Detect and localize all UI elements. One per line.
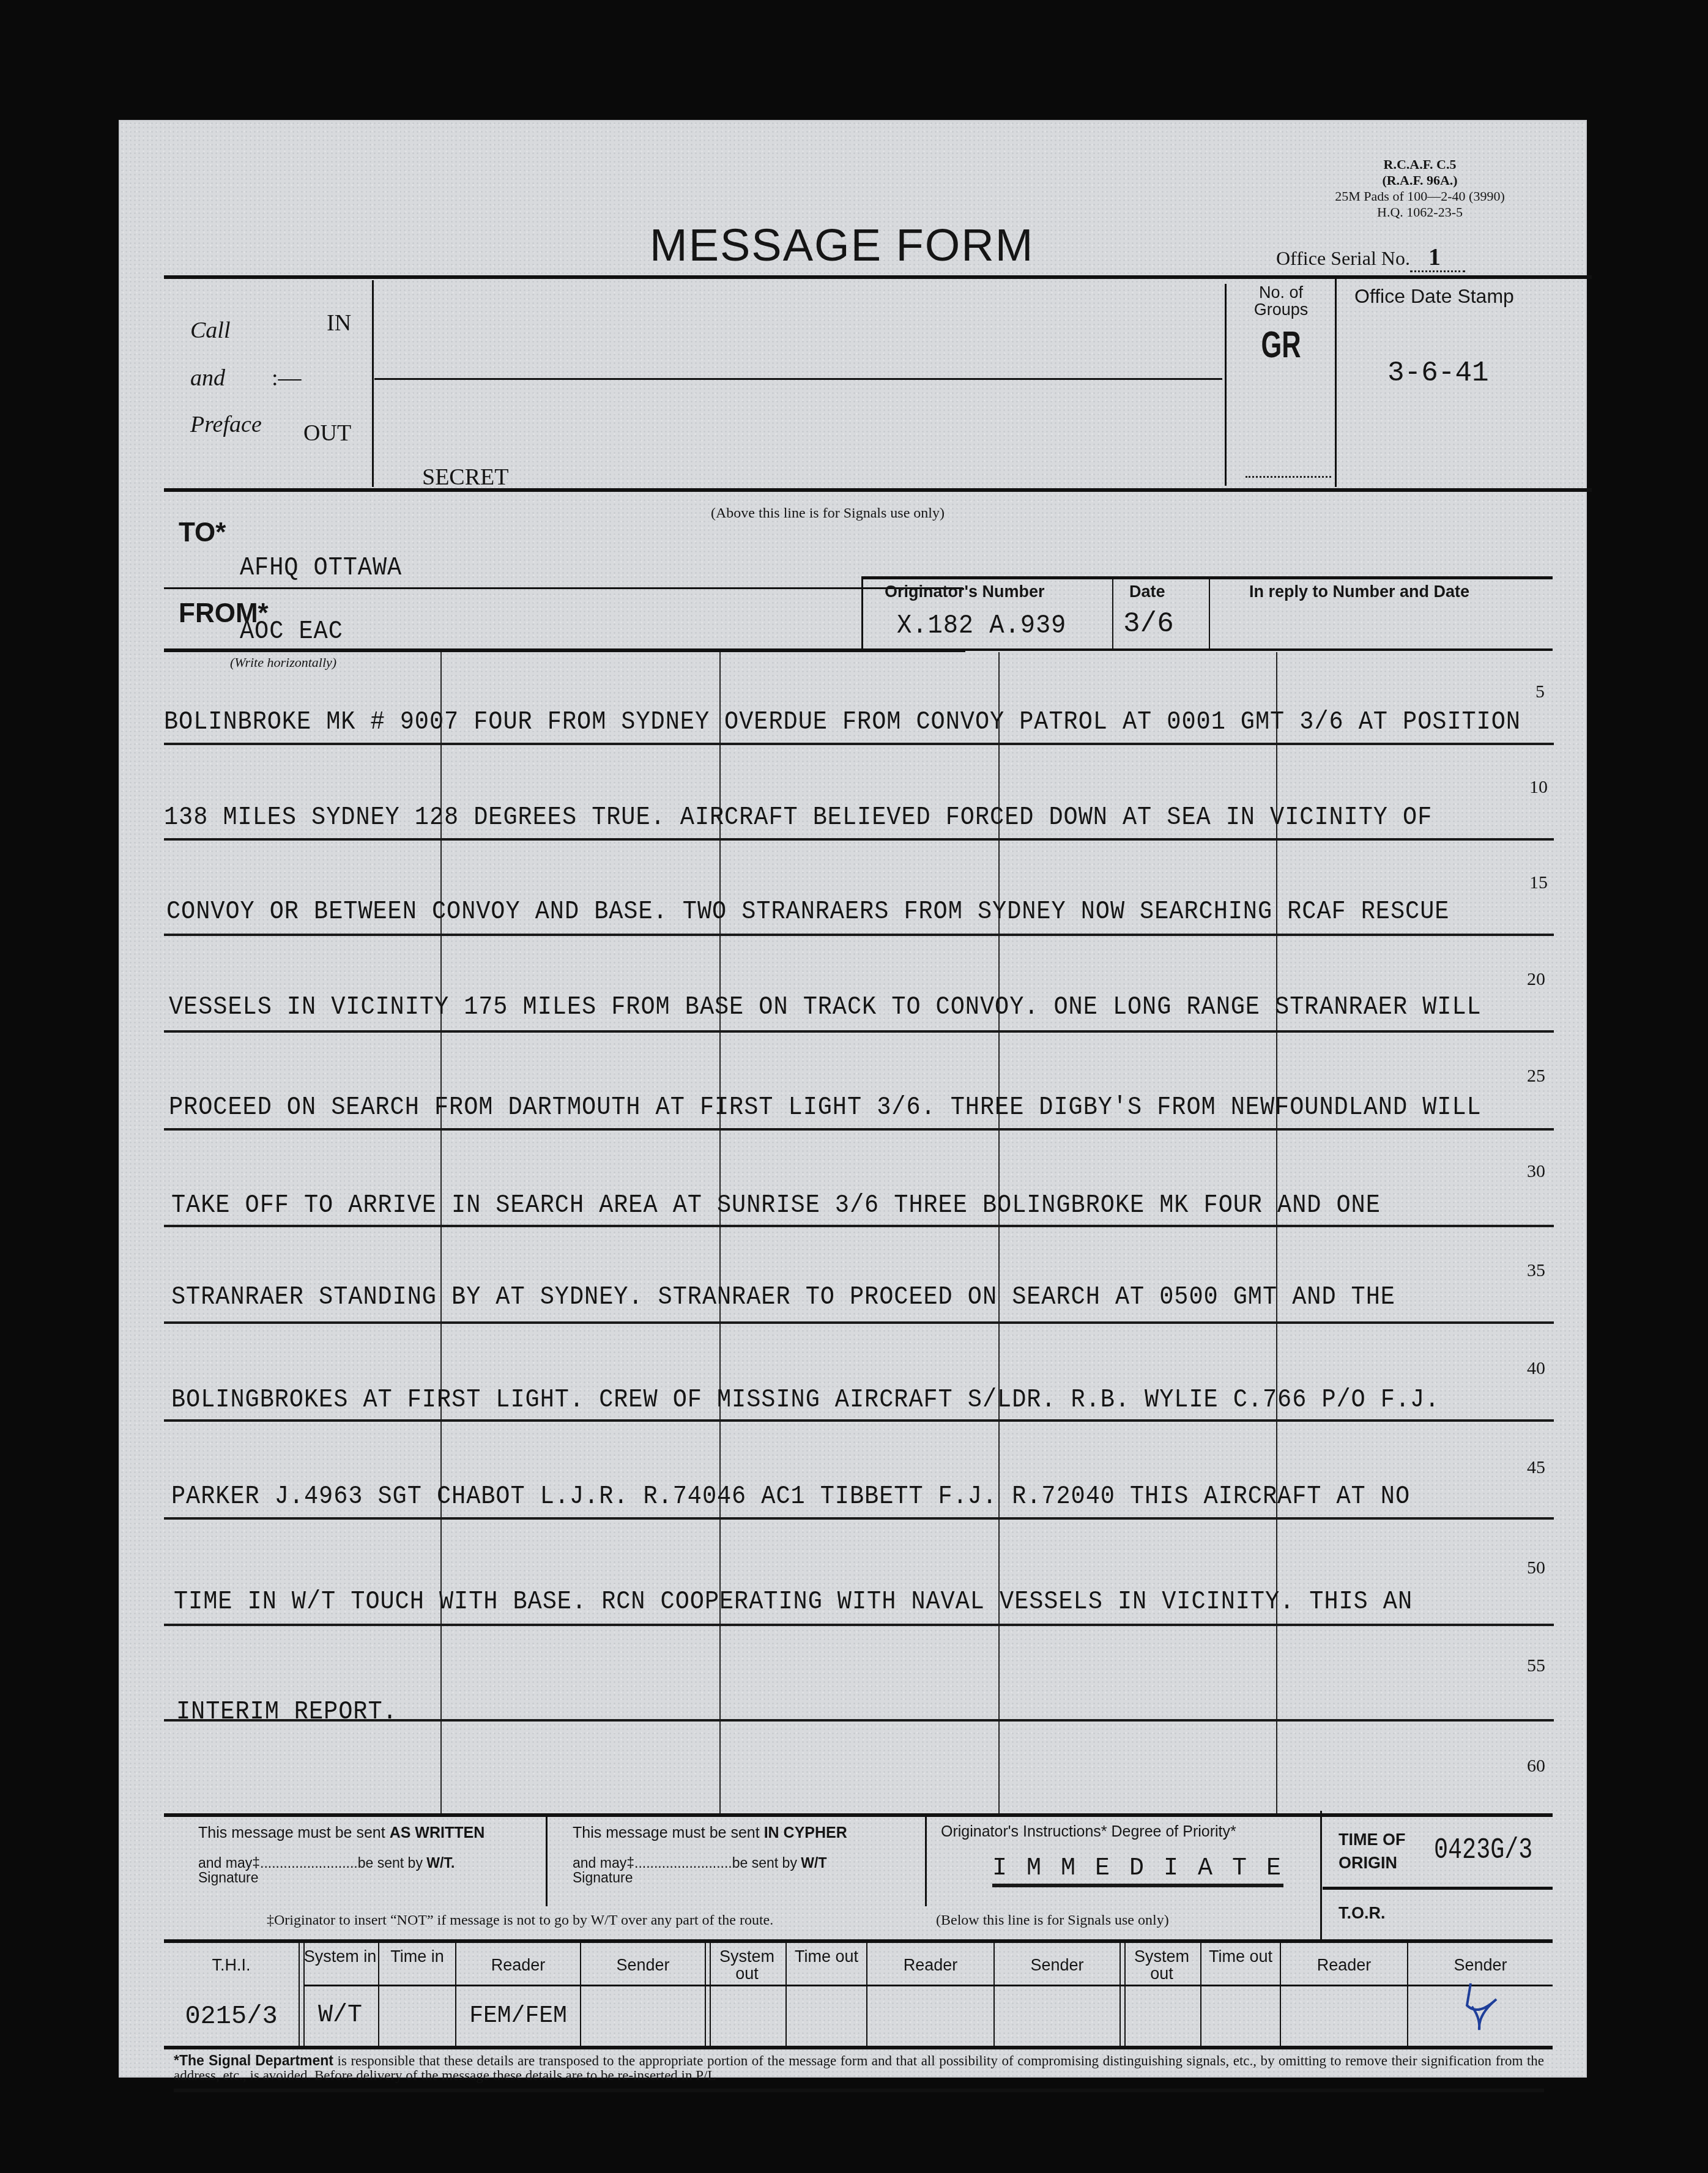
header-thi: T.H.I. <box>164 1956 299 1974</box>
message-line: BOLINBROKE MK # 9007 FOUR FROM SYDNEY OV… <box>164 707 1521 737</box>
groups-label-line: Groups <box>1227 301 1335 318</box>
line-number: 25 <box>1527 1066 1545 1086</box>
office-serial: Office Serial No.1 <box>1276 242 1465 271</box>
rule <box>164 934 1554 936</box>
header-sender: Sender <box>995 1956 1119 1974</box>
out-label: OUT <box>303 420 351 447</box>
line-number: 10 <box>1529 777 1548 798</box>
rule <box>164 488 1592 492</box>
as-written-may: and may‡.........................be sent… <box>198 1855 455 1871</box>
wt-bold: W/T. <box>426 1855 455 1871</box>
as-written-line: This message must be sent AS WRITTEN <box>198 1824 485 1842</box>
header-sender: Sender <box>581 1956 705 1974</box>
message-line: TAKE OFF TO ARRIVE IN SEARCH AREA AT SUN… <box>171 1191 1381 1220</box>
message-line: BOLINGBROKES AT FIRST LIGHT. CREW OF MIS… <box>171 1385 1439 1414</box>
line-number: 20 <box>1527 969 1545 990</box>
handwritten-initials-icon <box>1454 1981 1502 2036</box>
header-reader: Reader <box>1281 1956 1407 1974</box>
office-serial-value: 1 <box>1410 243 1465 272</box>
groups-value: GR <box>1243 323 1318 366</box>
originator-number-value: X.182 A.939 <box>897 611 1066 641</box>
form-code-line: (R.A.F. 96A.) <box>1319 173 1521 188</box>
rule <box>164 1030 1554 1033</box>
rule <box>174 2089 1544 2092</box>
tor-label: T.O.R. <box>1339 1904 1386 1923</box>
priority-value: I M M E D I A T E <box>992 1855 1283 1887</box>
message-line: CONVOY OR BETWEEN CONVOY AND BASE. TWO S… <box>166 897 1449 926</box>
time-of-origin-label-line: TIME OF <box>1339 1828 1406 1851</box>
form-code-line: 25M Pads of 100—2-40 (3990) <box>1319 188 1521 204</box>
rule <box>164 1624 1554 1626</box>
colon-dash: :— <box>272 365 302 392</box>
message-line: VESSELS IN VICINITY 175 MILES FROM BASE … <box>169 992 1482 1022</box>
may-text: and may‡.........................be sent… <box>573 1855 801 1871</box>
form-code-line: R.C.A.F. C.5 <box>1319 157 1521 173</box>
message-line: PROCEED ON SEARCH FROM DARTMOUTH AT FIRS… <box>169 1093 1482 1122</box>
write-note: (Write horizontally) <box>230 655 336 670</box>
date-label: Date <box>1129 582 1165 601</box>
rule <box>1335 279 1337 487</box>
line-number: 35 <box>1527 1260 1545 1281</box>
rule <box>1112 579 1113 648</box>
rule <box>164 1719 1554 1722</box>
line-number: 5 <box>1535 682 1545 702</box>
rule <box>1209 579 1210 648</box>
cypher-bold: IN CYPHER <box>764 1824 847 1841</box>
rule <box>164 1321 1554 1324</box>
header-reader: Reader <box>867 1956 993 1974</box>
rule <box>546 1817 548 1906</box>
rule <box>374 378 1222 380</box>
rule <box>303 1985 1553 1986</box>
rule <box>164 1225 1554 1227</box>
to-value: AFHQ OTTAWA <box>240 553 402 582</box>
line-number: 30 <box>1527 1161 1545 1182</box>
rule <box>164 1128 1554 1131</box>
and-label: and <box>190 365 225 392</box>
header-system-out: System out <box>708 1948 785 1982</box>
rule <box>925 1817 927 1906</box>
footer-text: is responsible that these details are tr… <box>174 2053 1544 2083</box>
header-reader: Reader <box>456 1956 580 1974</box>
form-code-block: R.C.A.F. C.5 (R.A.F. 96A.) 25M Pads of 1… <box>1319 157 1521 220</box>
rule <box>863 576 1553 579</box>
line-number: 60 <box>1527 1756 1545 1777</box>
rule <box>863 648 1553 651</box>
from-value: AOC EAC <box>240 617 343 646</box>
preface-label: Preface <box>190 411 262 438</box>
rule <box>164 1517 1554 1520</box>
footnote-not: ‡Originator to insert “NOT” if message i… <box>267 1912 773 1929</box>
call-label: Call <box>190 317 230 344</box>
time-of-origin-value: 0423G/3 <box>1434 1834 1532 1867</box>
page-title: MESSAGE FORM <box>650 219 1034 271</box>
rule <box>164 838 1554 841</box>
cell-thi: 0215/3 <box>164 2002 299 2031</box>
cypher-text: This message must be sent <box>573 1824 764 1841</box>
message-line: 138 MILES SYDNEY 128 DEGREES TRUE. AIRCR… <box>164 803 1432 832</box>
wt-bold: W/T <box>801 1855 826 1871</box>
header-sender: Sender <box>1408 1956 1553 1974</box>
header-system-in: System in <box>302 1948 378 1965</box>
line-number: 40 <box>1527 1358 1545 1379</box>
rule <box>861 576 863 651</box>
form-code-line: H.Q. 1062-23-5 <box>1319 204 1521 220</box>
rule <box>164 587 963 589</box>
line-number: 15 <box>1529 872 1548 893</box>
to-label: TO* <box>179 518 226 548</box>
message-line: INTERIM REPORT. <box>176 1697 398 1726</box>
time-of-origin-label: TIME OF ORIGIN <box>1339 1828 1406 1874</box>
message-line: STRANRAER STANDING BY AT SYDNEY. STRANRA… <box>171 1282 1395 1312</box>
rule <box>164 648 965 652</box>
groups-label: No. of Groups <box>1227 284 1335 318</box>
in-label: IN <box>327 310 351 336</box>
line-number: 55 <box>1527 1655 1545 1676</box>
cypher-may: and may‡.........................be sent… <box>573 1855 826 1871</box>
groups-dotted-line <box>1246 476 1331 478</box>
rule <box>164 1939 1553 1943</box>
rule <box>164 2046 1553 2049</box>
rule <box>164 1813 1553 1817</box>
cypher-line: This message must be sent IN CYPHER <box>573 1824 847 1842</box>
date-value: 3/6 <box>1123 608 1174 640</box>
header-time-out: Time out <box>787 1948 866 1965</box>
header-time-in: Time in <box>379 1948 455 1965</box>
rule <box>164 275 1592 279</box>
signature-label: Signature <box>573 1870 633 1886</box>
header-time-out: Time out <box>1201 1948 1280 1965</box>
as-written-text: This message must be sent <box>198 1824 390 1841</box>
as-written-bold: AS WRITTEN <box>390 1824 485 1841</box>
rule <box>164 1419 1554 1422</box>
cell-reader: FEM/FEM <box>456 2003 580 2029</box>
rule <box>1323 1887 1553 1890</box>
cell-system-in: W/T <box>302 2002 378 2029</box>
time-of-origin-label-line: ORIGIN <box>1339 1851 1406 1874</box>
date-stamp-value: 3-6-41 <box>1387 357 1489 389</box>
classification-label: SECRET <box>422 464 508 491</box>
line-number: 50 <box>1527 1558 1545 1578</box>
rule <box>164 743 1554 745</box>
header-system-out: System out <box>1123 1948 1200 1982</box>
originator-number-label: Originator's Number <box>885 582 1044 601</box>
signals-note-above: (Above this line is for Signals use only… <box>711 505 945 522</box>
office-serial-label: Office Serial No. <box>1276 247 1410 269</box>
message-line: PARKER J.4963 SGT CHABOT L.J.R. R.74046 … <box>171 1482 1410 1511</box>
message-form-page: R.C.A.F. C.5 (R.A.F. 96A.) 25M Pads of 1… <box>120 121 1586 2076</box>
signature-label: Signature <box>198 1870 258 1886</box>
footer-bold: *The Signal Department <box>174 2052 333 2068</box>
may-text: and may‡.........................be sent… <box>198 1855 426 1871</box>
rule <box>1225 284 1227 486</box>
line-number: 45 <box>1527 1457 1545 1478</box>
footer-note: *The Signal Department is responsible th… <box>174 2053 1544 2083</box>
reply-label: In reply to Number and Date <box>1249 582 1469 601</box>
rule <box>1320 1811 1322 1943</box>
signals-note-below: (Below this line is for Signals use only… <box>936 1912 1169 1929</box>
originator-instructions-label: Originator's Instructions* Degree of Pri… <box>941 1823 1236 1841</box>
groups-label-line: No. of <box>1227 284 1335 301</box>
message-line: TIME IN W/T TOUCH WITH BASE. RCN COOPERA… <box>174 1587 1413 1616</box>
date-stamp-label: Office Date Stamp <box>1354 285 1514 308</box>
rule <box>372 280 374 487</box>
